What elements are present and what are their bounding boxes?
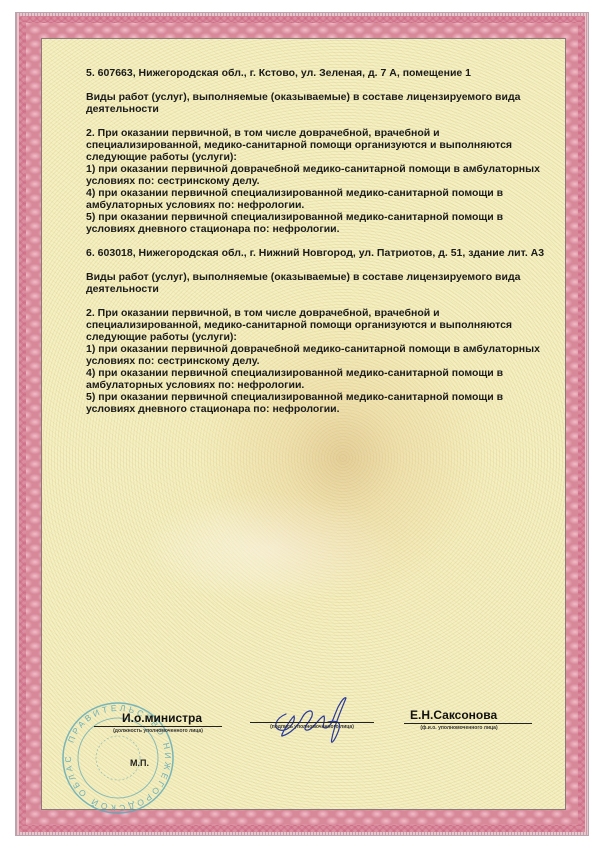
section-address: 6. 603018, Нижегородская обл., г. Нижний… <box>86 247 556 259</box>
name-caption: (ф.и.о. уполномоченного лица) <box>404 725 514 731</box>
work-item: 4) при оказании первичной специализирова… <box>86 367 556 391</box>
signature-caption: (подпись уполномоченного лица) <box>250 724 374 730</box>
works-heading: Виды работ (услуг), выполняемые (оказыва… <box>86 91 556 115</box>
work-item: 1) при оказании первичной доврачебной ме… <box>86 163 556 187</box>
work-item: 2. При оказании первичной, в том числе д… <box>86 127 556 163</box>
section-6: 6. 603018, Нижегородская обл., г. Нижний… <box>86 247 556 415</box>
work-item: 1) при оказании первичной доврачебной ме… <box>86 343 556 367</box>
work-item: 5) при оказании первичной специализирова… <box>86 391 556 415</box>
signature-line <box>250 722 374 723</box>
document-body: 5. 607663, Нижегородская обл., г. Кстово… <box>86 67 556 415</box>
work-item: 2. При оказании первичной, в том числе д… <box>86 307 556 343</box>
name-line <box>404 723 532 724</box>
position-line <box>94 726 222 727</box>
section-5: 5. 607663, Нижегородская обл., г. Кстово… <box>86 67 556 235</box>
signatory-position: И.о.министра <box>122 711 202 725</box>
signatory-name: Е.Н.Саксонова <box>410 708 497 722</box>
work-item: 4) при оказании первичной специализирова… <box>86 187 556 211</box>
position-caption: (должность уполномоченного лица) <box>94 728 222 734</box>
section-address: 5. 607663, Нижегородская обл., г. Кстово… <box>86 67 556 79</box>
works-heading: Виды работ (услуг), выполняемые (оказыва… <box>86 271 556 295</box>
work-item: 5) при оказании первичной специализирова… <box>86 211 556 235</box>
seal-mark: М.П. <box>130 758 149 768</box>
